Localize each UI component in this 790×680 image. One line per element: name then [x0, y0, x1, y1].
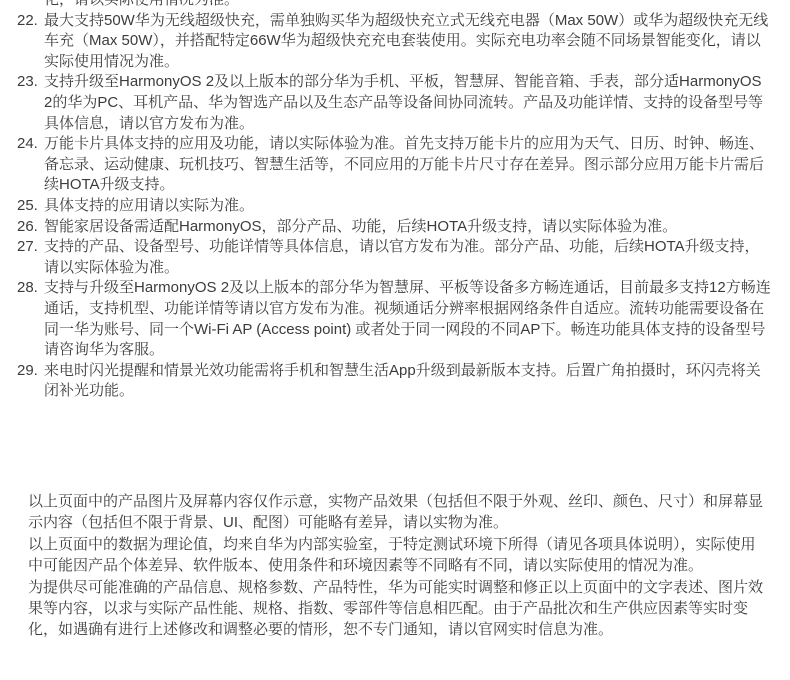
disclaimer-item-22: 22. 最大支持50W华为无线超级快充，需单独购买华为超级快充立式无线充电器（M… — [0, 11, 790, 73]
disclaimer-item-text: 支持升级至HarmonyOS 2及以上版本的部分华为手机、平板，智慧屏、智能音箱… — [44, 72, 790, 134]
clipped-previous-item-text: 化，请以实际使用情况为准。 — [0, 0, 790, 11]
footer-note-paragraph: 以上页面中的数据为理论值，均来自华为内部实验室，于特定测试环境下所得（请见各项具… — [28, 535, 770, 576]
disclaimer-item-number: 26. — [0, 217, 44, 238]
disclaimer-item-text: 万能卡片具体支持的应用及功能，请以实际体验为准。首先支持万能卡片的应用为天气、日… — [44, 134, 790, 196]
disclaimer-item-23: 23. 支持升级至HarmonyOS 2及以上版本的部分华为手机、平板，智慧屏、… — [0, 72, 790, 134]
disclaimer-item-number: 23. — [0, 72, 44, 93]
disclaimer-item-number: 24. — [0, 134, 44, 155]
disclaimer-item-number: 29. — [0, 361, 44, 382]
disclaimer-item-text: 智能家居设备需适配HarmonyOS，部分产品、功能，后续HOTA升级支持，请以… — [44, 217, 790, 238]
disclaimer-list: 22. 最大支持50W华为无线超级快充，需单独购买华为超级快充立式无线充电器（M… — [0, 11, 790, 402]
footer-note-paragraph: 为提供尽可能准确的产品信息、规格参数、产品特性，华为可能实时调整和修正以上页面中… — [28, 578, 770, 640]
disclaimer-item-number: 25. — [0, 196, 44, 217]
disclaimer-item-number: 28. — [0, 278, 44, 299]
disclaimer-item-26: 26. 智能家居设备需适配HarmonyOS，部分产品、功能，后续HOTA升级支… — [0, 217, 790, 238]
disclaimer-item-text: 最大支持50W华为无线超级快充，需单独购买华为超级快充立式无线充电器（Max 5… — [44, 11, 790, 73]
disclaimer-item-25: 25. 具体支持的应用请以实际为准。 — [0, 196, 790, 217]
disclaimer-page: 化，请以实际使用情况为准。 22. 最大支持50W华为无线超级快充，需单独购买华… — [0, 0, 790, 680]
disclaimer-list-section: 化，请以实际使用情况为准。 22. 最大支持50W华为无线超级快充，需单独购买华… — [0, 0, 790, 402]
disclaimer-item-28: 28. 支持与升级至HarmonyOS 2及以上版本的部分华为智慧屏、平板等设备… — [0, 278, 790, 360]
disclaimer-item-number: 27. — [0, 237, 44, 258]
disclaimer-item-text: 来电时闪光提醒和情景光效功能需将手机和智慧生活App升级到最新版本支持。后置广角… — [44, 361, 790, 402]
disclaimer-item-text: 具体支持的应用请以实际为准。 — [44, 196, 790, 217]
disclaimer-item-27: 27. 支持的产品、设备型号、功能详情等具体信息，请以官方发布为准。部分产品、功… — [0, 237, 790, 278]
disclaimer-item-29: 29. 来电时闪光提醒和情景光效功能需将手机和智慧生活App升级到最新版本支持。… — [0, 361, 790, 402]
disclaimer-item-text: 支持的产品、设备型号、功能详情等具体信息，请以官方发布为准。部分产品、功能，后续… — [44, 237, 790, 278]
footer-notes-section: 以上页面中的产品图片及屏幕内容仅作示意，实物产品效果（包括但不限于外观、丝印、颜… — [0, 492, 790, 642]
footer-note-paragraph: 以上页面中的产品图片及屏幕内容仅作示意，实物产品效果（包括但不限于外观、丝印、颜… — [28, 492, 770, 533]
disclaimer-item-text: 支持与升级至HarmonyOS 2及以上版本的部分华为智慧屏、平板等设备多方畅连… — [44, 278, 790, 360]
disclaimer-item-24: 24. 万能卡片具体支持的应用及功能，请以实际体验为准。首先支持万能卡片的应用为… — [0, 134, 790, 196]
disclaimer-item-number: 22. — [0, 11, 44, 32]
